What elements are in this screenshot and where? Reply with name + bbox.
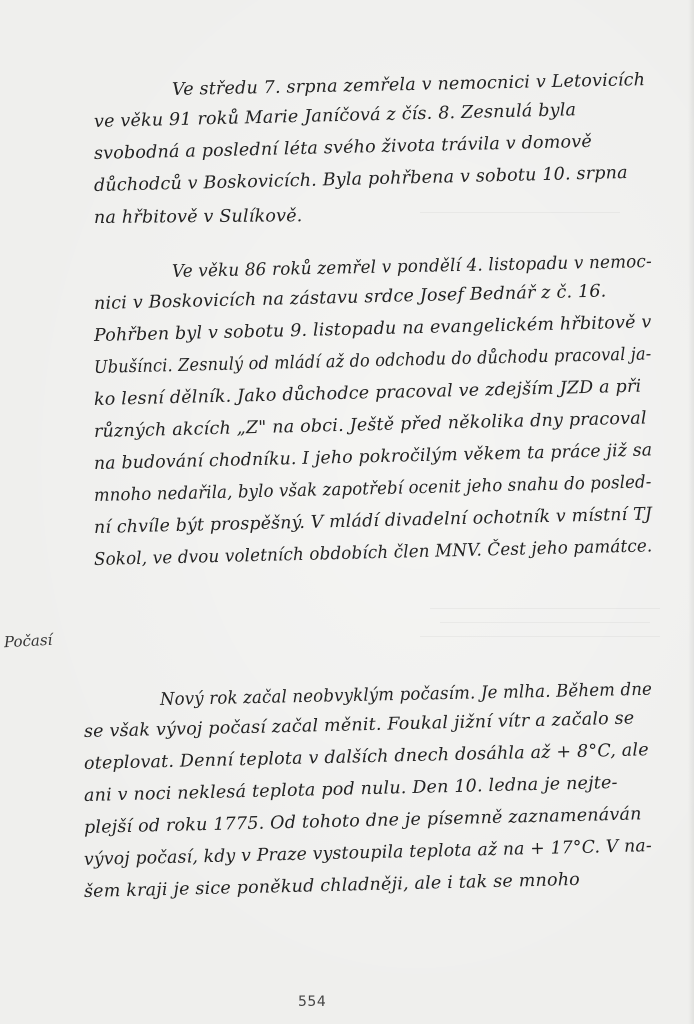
- scanned-page: Ve středu 7. srpna zemřela v nemocnici v…: [0, 0, 694, 1024]
- text-line: ní chvíle být prospěšný. V mládí divadel…: [94, 504, 653, 538]
- text-line: svobodná a poslední léta svého života tr…: [94, 132, 592, 164]
- text-line: důchodců v Boskovicích. Byla pohřbena v …: [94, 163, 628, 196]
- text-line: ani v noci neklesá teplota pod nulu. Den…: [84, 773, 618, 806]
- text-line: oteplovat. Denní teplota v dalších dnech…: [84, 740, 649, 774]
- page-edge-shadow: [688, 0, 694, 1024]
- text-line: plejší od roku 1775. Od tohoto dne je pí…: [84, 804, 642, 838]
- text-line: na hřbitově v Sulíkově.: [94, 206, 303, 228]
- text-line: šem kraji je sice poněkud chladněji, ale…: [84, 870, 580, 902]
- text-line: ve věku 91 roků Marie Janíčová z čís. 8.…: [94, 100, 577, 132]
- text-line: Pohřben byl v sobotu 9. listopadu na eva…: [94, 312, 652, 346]
- text-line: Ve věku 86 roků zemřel v pondělí 4. list…: [172, 252, 652, 282]
- text-line: Ubušínci. Zesnulý od mládí až do odchodu…: [94, 344, 652, 378]
- text-line: nici v Boskovicích na zástavu srdce Jose…: [94, 281, 607, 314]
- text-line: vývoj počasí, kdy v Praze vystoupila tep…: [84, 836, 652, 870]
- bleed-through: [430, 608, 660, 609]
- page-number: 554: [298, 994, 326, 1010]
- text-line: mnoho nedařila, bylo však zapotřebí ocen…: [94, 472, 652, 506]
- bleed-through: [440, 622, 650, 623]
- text-line: Nový rok začal neobvyklým počasím. Je ml…: [160, 680, 652, 710]
- bleed-through: [420, 212, 620, 213]
- text-line: ko lesní dělník. Jako důchodce pracoval …: [94, 377, 642, 410]
- bleed-through: [420, 636, 660, 637]
- text-line: se však vývoj počasí začal měnit. Foukal…: [84, 709, 635, 742]
- text-line: Ve středu 7. srpna zemřela v nemocnici v…: [172, 70, 646, 100]
- text-line: na budování chodníku. I jeho pokročilým …: [94, 440, 653, 474]
- margin-note-weather: Počasí: [4, 631, 53, 652]
- text-line: Sokol, ve dvou voletních obdobích člen M…: [94, 536, 653, 570]
- text-line: různých akcích „Z" na obci. Ještě před n…: [94, 408, 647, 442]
